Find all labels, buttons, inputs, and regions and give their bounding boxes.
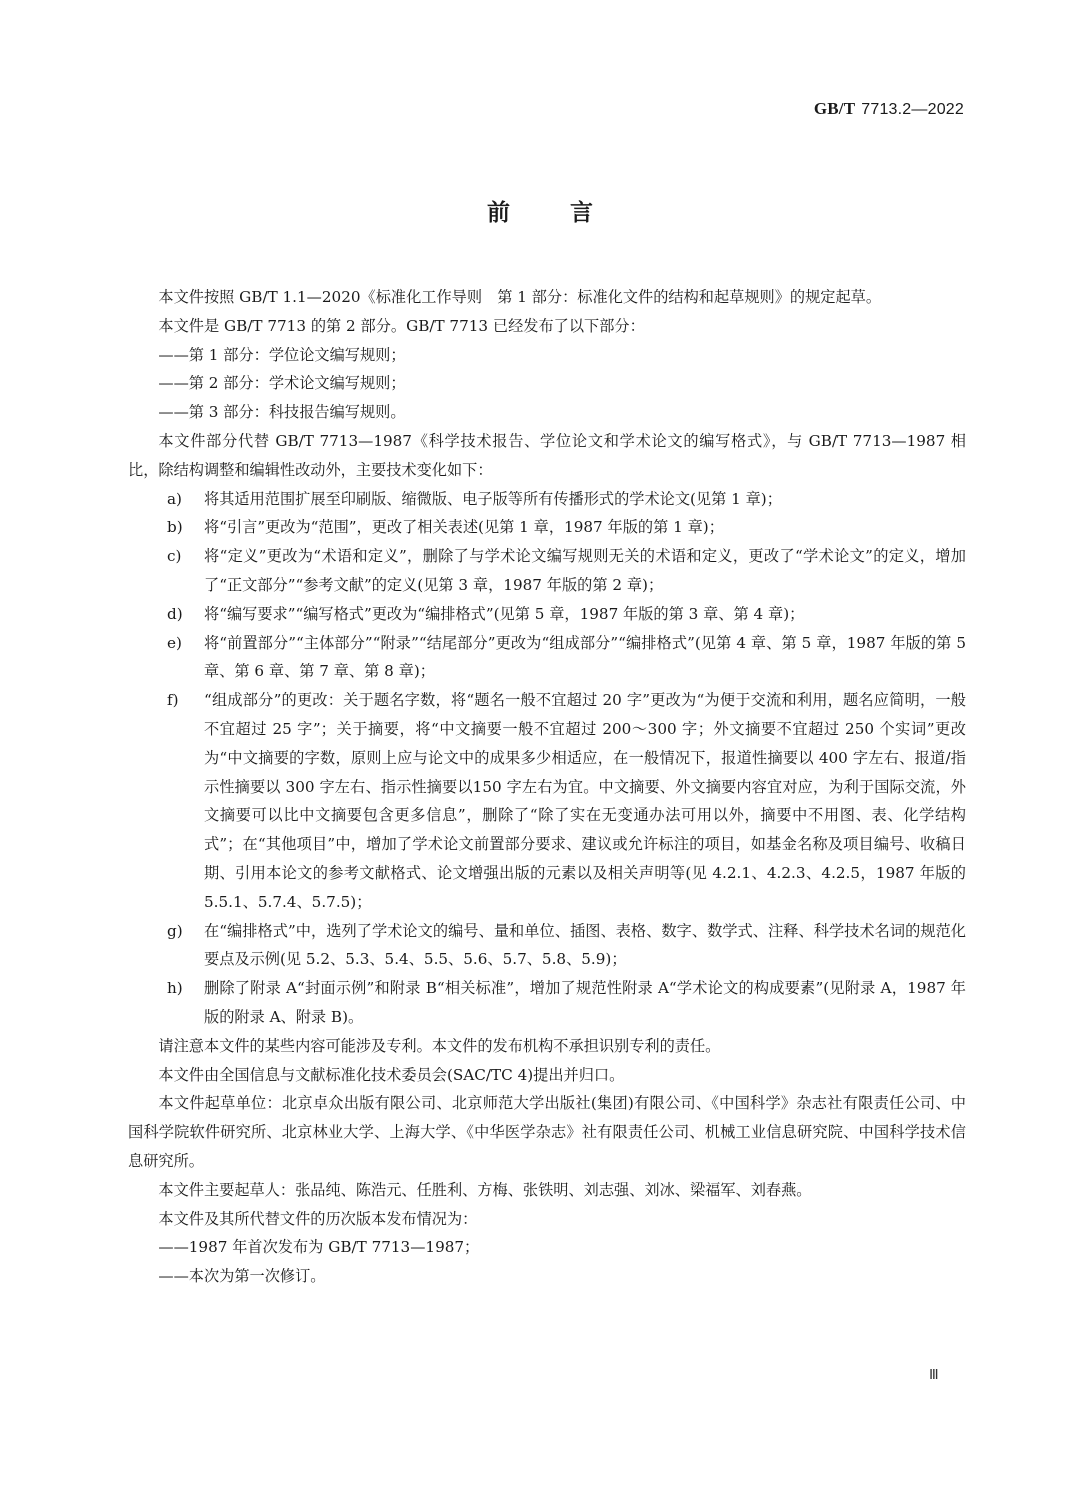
- item-label: f): [128, 686, 204, 916]
- paragraph-history-intro: 本文件及其所代替文件的历次版本发布情况为：: [128, 1205, 966, 1234]
- paragraph-committee: 本文件由全国信息与文献标准化技术委员会(SAC/TC 4)提出并归口。: [128, 1061, 966, 1090]
- paragraph-patent-notice: 请注意本文件的某些内容可能涉及专利。本文件的发布机构不承担识别专利的责任。: [128, 1032, 966, 1061]
- item-text: “组成部分”的更改：关于题名字数，将“题名一般不宜超过 20 字”更改为“为便于…: [204, 686, 966, 916]
- paragraph-drafting-units: 本文件起草单位：北京卓众出版有限公司、北京师范大学出版社(集团)有限公司、《中国…: [128, 1089, 966, 1175]
- item-label: c): [128, 542, 204, 600]
- list-item-change: h)删除了附录 A“封面示例”和附录 B“相关标准”，增加了规范性附录 A“学术…: [128, 974, 966, 1032]
- paragraph-replacement: 本文件部分代替 GB/T 7713—1987《科学技术报告、学位论文和学术论文的…: [128, 427, 966, 485]
- standard-code: 7713.2—2022: [861, 101, 964, 118]
- item-text: 将“定义”更改为“术语和定义”，删除了与学术论文编写规则无关的术语和定义，更改了…: [204, 542, 966, 600]
- paragraph-parts-intro: 本文件是 GB/T 7713 的第 2 部分。GB/T 7713 已经发布了以下…: [128, 312, 966, 341]
- item-label: h): [128, 974, 204, 1032]
- list-item-change: b)将“引言”更改为“范围”，更改了相关表述(见第 1 章，1987 年版的第 …: [128, 513, 966, 542]
- list-item-history: ——本次为第一次修订。: [128, 1262, 966, 1291]
- page-title: 前言: [0, 194, 1080, 227]
- item-text: 将“引言”更改为“范围”，更改了相关表述(见第 1 章，1987 年版的第 1 …: [204, 513, 966, 542]
- foreword-body: 本文件按照 GB/T 1.1—2020《标准化工作导则 第 1 部分：标准化文件…: [128, 283, 966, 1291]
- standard-number: GB/T7713.2—2022: [814, 99, 964, 119]
- paragraph-drafting-rules: 本文件按照 GB/T 1.1—2020《标准化工作导则 第 1 部分：标准化文件…: [128, 283, 966, 312]
- item-text: 删除了附录 A“封面示例”和附录 B“相关标准”，增加了规范性附录 A“学术论文…: [204, 974, 966, 1032]
- list-item-change: e)将“前置部分”“主体部分”“附录”“结尾部分”更改为“组成部分”“编排格式”…: [128, 629, 966, 687]
- item-label: g): [128, 917, 204, 975]
- standard-prefix: GB/T: [814, 99, 855, 118]
- item-label: d): [128, 600, 204, 629]
- item-text: 在“编排格式”中，选列了学术论文的编号、量和单位、插图、表格、数字、数学式、注释…: [204, 917, 966, 975]
- item-text: 将“前置部分”“主体部分”“附录”“结尾部分”更改为“组成部分”“编排格式”(见…: [204, 629, 966, 687]
- list-item-history: ——1987 年首次发布为 GB/T 7713—1987；: [128, 1233, 966, 1262]
- list-item-change: g)在“编排格式”中，选列了学术论文的编号、量和单位、插图、表格、数字、数学式、…: [128, 917, 966, 975]
- item-label: a): [128, 485, 204, 514]
- item-text: 将“编写要求”“编写格式”更改为“编排格式”(见第 5 章，1987 年版的第 …: [204, 600, 966, 629]
- item-label: e): [128, 629, 204, 687]
- list-item-change: a)将其适用范围扩展至印刷版、缩微版、电子版等所有传播形式的学术论文(见第 1 …: [128, 485, 966, 514]
- item-label: b): [128, 513, 204, 542]
- list-item-part: ——第 3 部分：科技报告编写规则。: [128, 398, 966, 427]
- paragraph-drafters: 本文件主要起草人：张品纯、陈浩元、任胜利、方梅、张铁明、刘志强、刘冰、梁福军、刘…: [128, 1176, 966, 1205]
- page-number: Ⅲ: [929, 1367, 939, 1384]
- list-item-part: ——第 2 部分：学术论文编写规则；: [128, 369, 966, 398]
- list-item-change: c)将“定义”更改为“术语和定义”，删除了与学术论文编写规则无关的术语和定义，更…: [128, 542, 966, 600]
- item-text: 将其适用范围扩展至印刷版、缩微版、电子版等所有传播形式的学术论文(见第 1 章)…: [204, 485, 966, 514]
- list-item-change: f)“组成部分”的更改：关于题名字数，将“题名一般不宜超过 20 字”更改为“为…: [128, 686, 966, 916]
- list-item-change: d)将“编写要求”“编写格式”更改为“编排格式”(见第 5 章，1987 年版的…: [128, 600, 966, 629]
- list-item-part: ——第 1 部分：学位论文编写规则；: [128, 341, 966, 370]
